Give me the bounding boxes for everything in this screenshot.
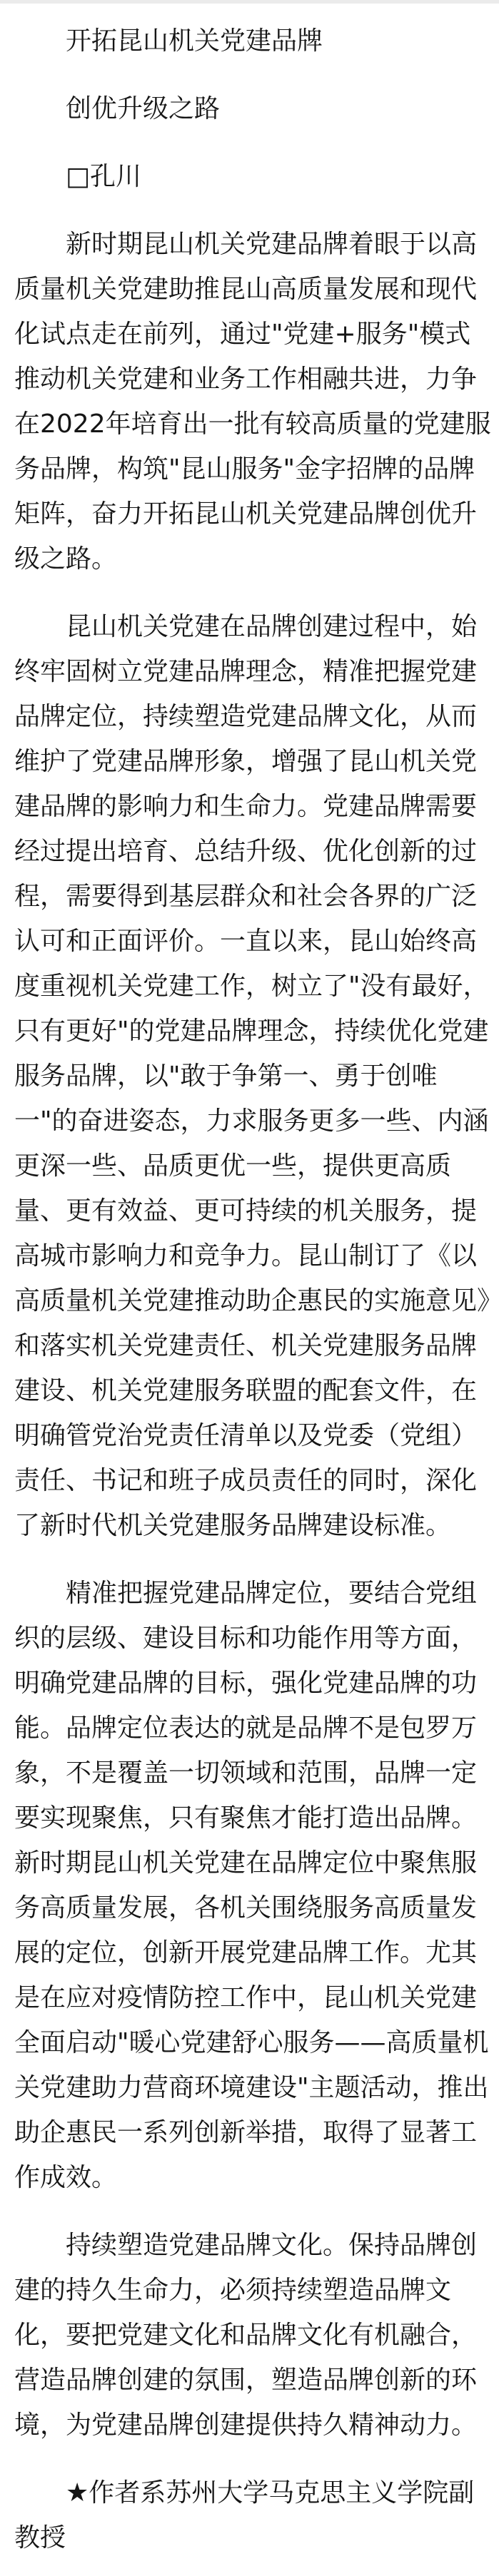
- footnote: ★作者系苏州大学马克思主义学院副教授: [14, 2470, 493, 2560]
- article-body: 开拓昆山机关党建品牌 创优升级之路 □孔川 新时期昆山机关党建品牌着眼于以高质量…: [0, 4, 499, 2560]
- article-title-line-2: 创优升级之路: [14, 86, 493, 131]
- paragraph-1: 新时期昆山机关党建品牌着眼于以高质量机关党建助推昆山高质量发展和现代化试点走在前…: [14, 222, 493, 581]
- paragraph-4: 持续塑造党建品牌文化。保持品牌创建的持久生命力，必须持续塑造品牌文化，要把党建文…: [14, 2223, 493, 2448]
- author-line: □孔川: [14, 154, 493, 199]
- document-page: 开拓昆山机关党建品牌 创优升级之路 □孔川 新时期昆山机关党建品牌着眼于以高质量…: [0, 0, 499, 2576]
- paragraph-2: 昆山机关党建在品牌创建过程中，始终牢固树立党建品牌理念，精准把握党建品牌定位，持…: [14, 604, 493, 1548]
- article-title-line-1: 开拓昆山机关党建品牌: [14, 19, 493, 63]
- paragraph-3: 精准把握党建品牌定位，要结合党组织的层级、建设目标和功能作用等方面，明确党建品牌…: [14, 1571, 493, 2200]
